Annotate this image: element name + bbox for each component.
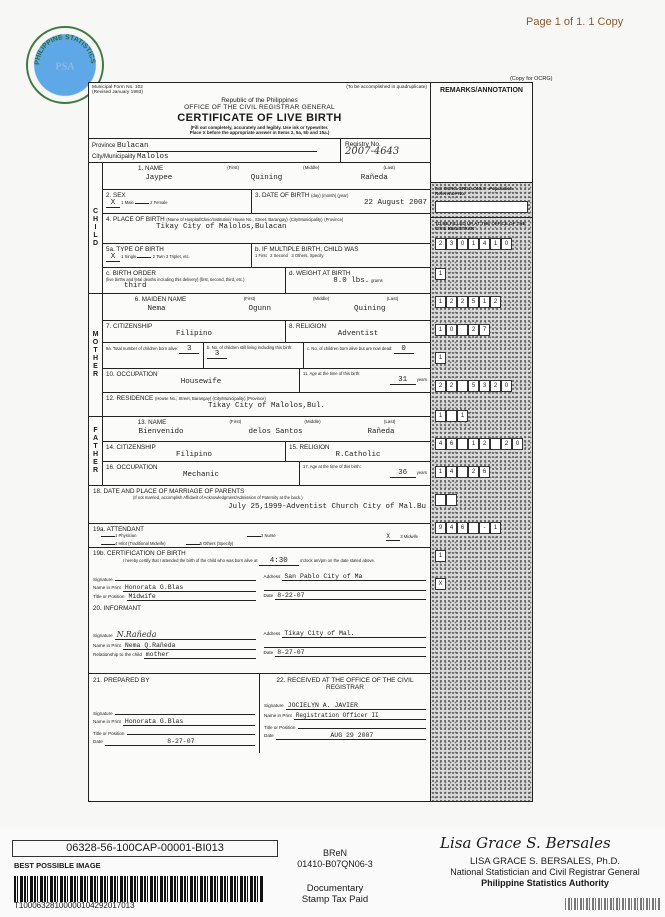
mother-middle-name: Ogunn [248,305,271,313]
col-middle: (Middle) [313,296,329,303]
barcode-icon [14,876,264,902]
children-total-value: 3 [179,345,199,354]
mother-religion-label: 8. RELIGION [289,323,427,330]
received-date-label: Date [264,733,274,738]
multiple-birth-label: b. IF MULTIPLE BIRTH, CHILD WAS [255,246,427,253]
received-name-label: Name in Print [264,713,292,718]
code-box: 5 [468,296,479,308]
cert-date-label: Date [264,593,274,598]
children-living-value: 3 [207,350,227,359]
code-box: 9 [435,522,446,534]
prepared-signature-label: Signature [93,711,113,716]
code-box: 2 [468,466,479,478]
father-citizenship-value: Filipino [106,451,282,459]
code-box: 2 [457,296,468,308]
code-box: 1 [457,410,468,422]
pob-label: 4. PLACE OF BIRTH [106,216,165,223]
barcode-number: T10006328100000104292017013 [14,901,135,910]
code-box-row: 461220 [435,438,528,450]
page-label: Page 1 of 1. 1 Copy [526,16,623,28]
code-box: 2 [446,296,457,308]
children-dead-value: 0 [394,345,414,354]
pob-col-3: (Province) [324,217,343,222]
birth-type-mark: X [106,253,120,262]
cert-signature-label: Signature [93,577,113,582]
received-block: 22. RECEIVED AT THE OFFICE OF THE CIVIL … [259,674,430,753]
time-unit: o'clock am/pm on the date stated above. [300,558,375,563]
code-box: - [479,522,490,534]
dob-label: 3. DATE OF BIRTH [255,192,309,199]
code-box: 0 [457,238,468,250]
code-box-row: 1 [435,550,528,562]
agency-name: Philippine Statistics Authority [425,878,665,889]
code-box-row: 1426 [435,466,528,478]
code-box: 1 [490,522,501,534]
svg-text:PHILIPPINE STATISTICS AUTHORIT: PHILIPPINE STATISTICS AUTHORITY [28,28,96,65]
informant-block: SignatureN.Rañeda Name in PrintNema Q.Ra… [89,629,430,673]
col-first: (First) [227,165,239,172]
code-box [446,410,457,422]
mother-citizenship-label: 7. CITIZENSHIP [106,323,282,330]
col-last: (Last) [383,165,395,172]
code-box: 3 [446,238,457,250]
code-box: 4 [435,438,446,450]
father-age-value: 36 [390,469,416,478]
best-image-label: BEST POSSIBLE IMAGE [14,861,101,870]
certification-text: I hereby certify that I attended the bir… [123,558,258,563]
child-middle-name: Quining [251,174,283,182]
residence-value: Tikay City of Malolos,Bul. [106,402,427,410]
accomplish-note: (To be accomplished in quadruplicate) [346,85,427,95]
certification-block: 19b. CERTIFICATION OF BIRTH I hereby cer… [89,547,430,629]
province-label: Province [92,143,115,149]
multi-other: 3 Others, Specify [291,253,323,258]
code-box: 2 [435,380,446,392]
informant-signature-label: Signature [93,633,113,638]
republic-label: Republic of the Philippines [89,97,430,104]
residence-label: 12. RESIDENCE [106,395,153,402]
birth-type-label: 5a. TYPE OF BIRTH [106,246,248,253]
code-box: 2 [501,438,512,450]
col-first: (First) [244,296,256,303]
population-reference-field [435,201,528,213]
weight-unit: grams [371,278,383,283]
type-triplet: 3 Triplet, etc. [166,254,190,259]
code-box [457,438,468,450]
code-box: 1 [468,238,479,250]
code-box-row: 1027 [435,324,528,336]
received-date-value: AUG 29 2007 [276,732,426,740]
col-first: (First) [229,419,241,426]
informant-signature: N.Rañeda [115,630,256,640]
code-box: 5 [468,380,479,392]
code-box-row: 1 [435,352,528,364]
registry-number: 2007-4643 [345,146,426,157]
ocrg-note: For OCRG-CRGO ONLY - Population Referenc… [431,183,532,199]
child-last-name: Rañeda [361,174,388,182]
code-box [446,494,457,506]
child-section: CHILD 1. NAME(First)(Middle)(Last) Jaype… [89,162,430,293]
father-side-label: FATHER [89,417,103,485]
code-box-row: 11 [435,410,528,422]
marriage-value: July 25,1999-Adventist Church City of Ma… [93,503,426,511]
sex-label: 2. SEX [106,192,248,199]
stamp-line-1: Documentary [290,883,380,894]
code-box-row: 1 [435,268,528,280]
mother-side-label: MOTHER [89,294,103,416]
prepared-by-label: 21. PREPARED BY [93,677,255,684]
residence-cols: (House No., Street, Barangay) (City/Muni… [155,396,266,401]
code-box: 2 [479,438,490,450]
control-number: 06328-56-100CAP-00001-BI013 [12,840,278,857]
weight-label: d. WEIGHT AT BIRTH [289,270,427,277]
code-box [435,494,446,506]
code-box: 2 [490,380,501,392]
code-box: 1 [435,352,446,364]
father-section: FATHER 13. NAME(First)(Middle)(Last) Bie… [89,416,430,485]
city-label: City/Municipality [92,154,135,160]
code-box: 1 [479,296,490,308]
code-box: 7 [479,324,490,336]
received-signature-label: Signature [264,703,284,708]
code-box: 4 [479,238,490,250]
cert-name-value: Honorata G.Blas [123,584,256,592]
code-box: 0 [501,380,512,392]
code-box-row: 122512 [435,296,528,308]
code-box [490,438,501,450]
province-value: Bulacan [117,141,317,152]
code-box: 6 [479,466,490,478]
cert-address-label: Address [264,574,281,579]
child-name-label: 1. NAME [138,165,163,172]
code-box [457,380,468,392]
mother-age-unit: years [417,377,427,382]
attendant-block: 19a. ATTENDANT 1 Physician 2 Nurse X3 Mi… [89,523,430,547]
code-box: 1 [435,268,446,280]
multi-first: 1 First [255,253,267,258]
child-side-label: CHILD [89,163,103,293]
col-last: (Last) [384,419,396,426]
attendant-mark: X [386,533,400,541]
code-box-row [435,494,528,506]
prepared-name-value: Honorata G.Blas [123,718,255,726]
svg-text:PSA: PSA [55,62,75,73]
code-box [457,466,468,478]
birth-order-label: c. BIRTH ORDER [106,270,282,277]
code-box: 2 [446,380,457,392]
birth-time: 4:30 [259,557,299,566]
children-total-label: 9a. Total number of children born alive: [106,346,178,351]
code-box-row: 946-1 [435,522,528,534]
col-middle: (Middle) [304,419,320,426]
cert-address-value: San Pablo City of Ma [282,573,426,581]
certification-label: 19b. CERTIFICATION OF BIRTH [93,550,426,557]
mother-age-value: 31 [390,376,416,385]
children-dead-label: c. No. of children born alive but are no… [307,346,392,351]
attendant-nurse: 2 Nurse [261,533,276,538]
cert-title-value: Midwife [127,593,256,601]
code-box: 6 [457,522,468,534]
col-middle: (Middle) [303,165,319,172]
father-age-label: 17. Age at the time of this birth: [303,464,361,469]
type-single: 1 Single [121,254,136,259]
code-rows: 2301410112251210271225320114612201426946… [431,238,532,590]
prepared-title-label: Title or Position [93,731,125,736]
code-box: 4 [446,466,457,478]
mother-religion-value: Adventist [289,330,427,338]
dob-cols: (day) (month) (year) [311,193,348,198]
father-age-unit: years [417,470,427,475]
attendant-label: 19a. ATTENDANT [93,526,426,533]
instructions-2: Place X before the appropriate answer in… [89,130,430,135]
code-box-row: 225320 [435,380,528,392]
mother-occupation-value: Housewife [106,378,296,386]
received-title-label: Title or Position [264,725,296,730]
code-box: 2 [435,238,446,250]
father-citizenship-label: 14. CITIZENSHIP [106,444,282,451]
official-signature: Lisa Grace S. Bersales [440,834,611,852]
father-occupation-label: 16. OCCUPATION [106,464,296,471]
weight-value: 8.0 lbs. [333,277,369,285]
cert-title-label: Title or Position [93,594,125,599]
small-barcode-icon [565,898,660,910]
informant-name-value: Nema Q.Rañeda [123,642,256,650]
office-label: OFFICE OF THE CIVIL REGISTRAR GENERAL [89,104,430,111]
father-name-label: 13. NAME [138,419,167,426]
code-box: X [435,578,446,590]
code-box: 2 [468,324,479,336]
stamp-line-2: Stamp Tax Paid [290,894,380,905]
bren-number: 01410-B07QN06-3 [290,859,380,870]
prepared-name-label: Name in Print [93,719,121,724]
official-title: National Statistician and Civil Registra… [425,867,665,878]
prepared-by-block: 21. PREPARED BY Signature Name in PrintH… [89,674,259,753]
mother-occupation-label: 10. OCCUPATION [106,371,296,378]
prepared-date-label: Date [93,739,103,744]
code-box: 0 [512,438,523,450]
informant-relationship-label: Relationship to the child [93,652,142,657]
attendant-midwife: 3 Midwife [400,534,418,539]
document-title: CERTIFICATE OF LIVE BIRTH [89,112,430,125]
code-box-row: 2301410 [435,238,528,250]
received-label: 22. RECEIVED AT THE OFFICE OF THE CIVIL … [264,677,426,691]
code-box: 2 [490,296,501,308]
mother-first-name: Nema [147,305,165,313]
attendant-hilot: 4 Hilot (Traditional Midwife) [115,541,166,546]
father-religion-label: 15. RELIGION [289,444,427,451]
code-box: 6 [446,438,457,450]
code-box: 0 [446,324,457,336]
remarks-title: REMARKS/ANNOTATION [431,83,532,183]
mother-last-name: Quining [354,305,386,313]
code-box: 1 [435,296,446,308]
marriage-block: 18. DATE AND PLACE OF MARRIAGE OF PARENT… [89,485,430,523]
pob-col-1: (Name of Hospital/Clinic/Institution/ Ho… [166,217,287,222]
code-box: 3 [479,380,490,392]
certificate-form: Municipal Form No. 102 (Revised January … [88,82,431,802]
sex-mark: X [106,199,120,208]
code-box [457,324,468,336]
code-box [468,522,479,534]
col-last: (Last) [387,296,399,303]
official-name: LISA GRACE S. BERSALES, Ph.D. [425,856,665,867]
code-box: 1 [435,410,446,422]
child-first-name: Jaypee [145,174,172,182]
pob-value: Tikay City of Malolos,Bulacan [106,223,427,231]
form-revised: (Revised January 1993) [92,90,143,95]
father-middle-name: delos Santos [248,428,302,436]
informant-label: 20. INFORMANT [93,605,426,612]
code-box: 1 [435,466,446,478]
city-value: Malolos [137,152,313,163]
type-twin: 2 Twin [153,254,165,259]
code-box: 0 [501,238,512,250]
birth-order-value: third [106,282,147,290]
father-occupation-value: Mechanic [106,471,296,479]
prepared-date-value: 8-27-07 [105,738,255,746]
informant-address-value: Tikay City of Mal. [282,630,426,638]
informant-address-label: Address [264,631,281,636]
code-box: 1 [435,324,446,336]
informant-relationship-value: mother [144,651,256,659]
informant-date-value: 8-27-07 [275,649,426,657]
received-title-value: Registration Officer II [294,712,426,720]
pob-col-2: (City/Municipality) [289,217,322,222]
cert-date-value: 8-22-07 [275,592,426,600]
informant-name-label: Name in Print [93,643,121,648]
remarks-column: REMARKS/ANNOTATION For OCRG-CRGO ONLY - … [431,82,533,802]
received-name-value: JOCIELYN A. JAVIER [286,702,426,710]
mother-citizenship-value: Filipino [106,330,282,338]
footer: 06328-56-100CAP-00001-BI013 BEST POSSIBL… [0,828,665,917]
code-box: 1 [435,550,446,562]
mother-section: MOTHER 6. MAIDEN NAME(First)(Middle)(Las… [89,293,430,416]
code-box: 4 [446,522,457,534]
bren-label: BReN [290,848,380,859]
attendant-physician: 1 Physician [115,533,136,538]
father-religion-value: R.Catholic [289,451,427,459]
code-box-row: X [435,578,528,590]
mother-name-label: 6. MAIDEN NAME [135,296,186,303]
attendant-others: 5 Others (Specify) [200,541,234,546]
father-first-name: Bienvenido [138,428,183,436]
marriage-label: 18. DATE AND PLACE OF MARRIAGE OF PARENT… [93,488,244,495]
code-box: 1 [468,438,479,450]
cert-name-label: Name in Print [93,585,121,590]
filled-note: TO BE FILLED UP AT THE OFFICE OF THE CIV… [431,217,532,234]
marriage-note: (If not married, accomplish Affidavit of… [93,495,426,500]
sex-male-option: 1 Male [121,200,134,205]
dob-value: 22 August 2007 [255,199,427,207]
multi-second: 2 Second [270,253,288,258]
informant-date-label: Date [264,650,274,655]
mother-age-label: 11. Age at the time of this birth: [303,371,360,376]
sex-female-option: 2 Female [150,200,167,205]
father-last-name: Rañeda [367,428,394,436]
code-box: 1 [490,238,501,250]
